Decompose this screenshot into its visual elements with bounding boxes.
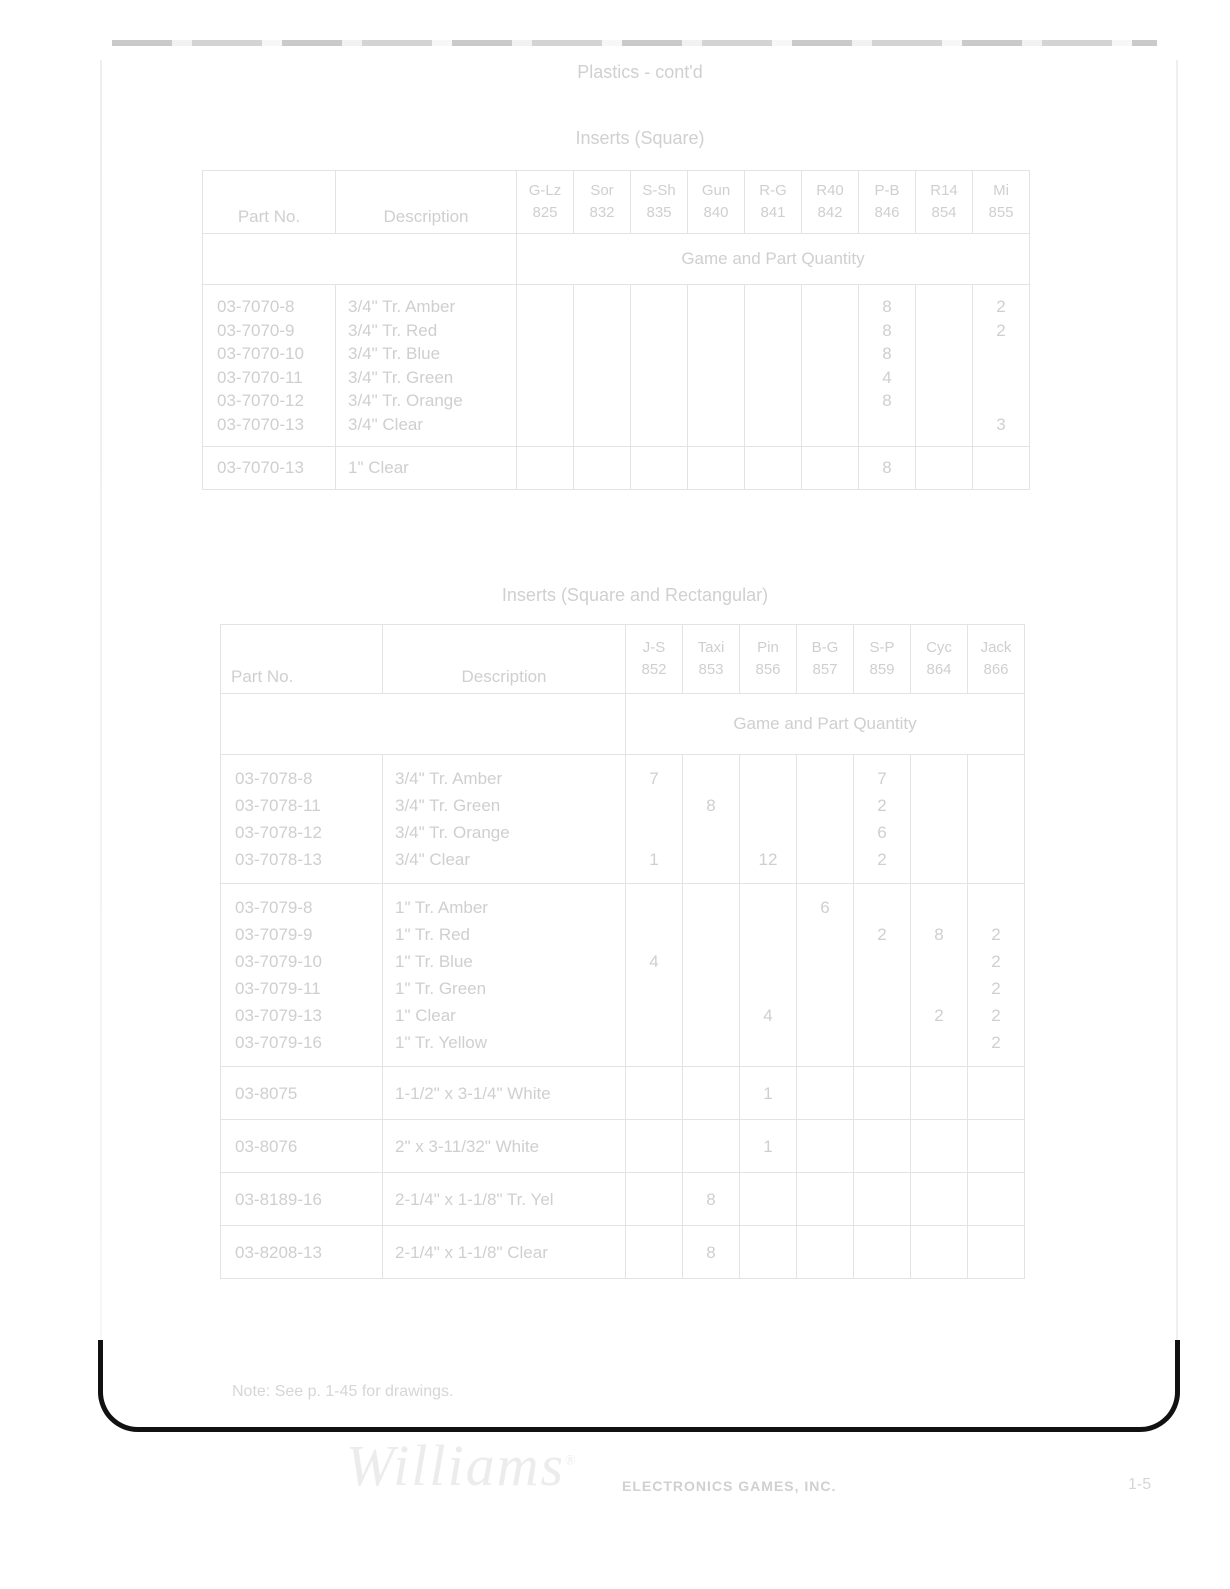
quantity-value bbox=[912, 765, 966, 792]
quantity-value bbox=[912, 846, 966, 873]
part-number-cell: 03-7079-803-7079-903-7079-1003-7079-1103… bbox=[221, 884, 383, 1067]
quantity-value bbox=[741, 1239, 795, 1266]
quantity-value bbox=[741, 894, 795, 921]
quantity-value bbox=[798, 846, 852, 873]
description-header: Description bbox=[336, 171, 517, 234]
description-cell: 1-1/2" x 3-1/4" White bbox=[383, 1067, 626, 1120]
quantity-value bbox=[798, 1080, 852, 1107]
quantity-value bbox=[912, 1133, 966, 1160]
quantity-value bbox=[684, 1080, 738, 1107]
quantity-value bbox=[974, 366, 1028, 390]
part-description: 3/4" Tr. Amber bbox=[348, 295, 515, 319]
quantity-cell bbox=[626, 1067, 683, 1120]
quantity-value bbox=[798, 1133, 852, 1160]
quantity-value: 8 bbox=[860, 295, 914, 319]
williams-logo: Williams® bbox=[346, 1432, 578, 1499]
quantity-cell: 22222 bbox=[968, 884, 1025, 1067]
quantity-cell: 8 bbox=[683, 1226, 740, 1279]
quantity-value bbox=[627, 1002, 681, 1029]
game-header: Mi855 bbox=[973, 171, 1030, 234]
game-quantity-header: Game and Part Quantity bbox=[626, 694, 1025, 755]
quantity-value bbox=[974, 456, 1028, 480]
quantity-cell bbox=[688, 285, 745, 447]
quantity-cell bbox=[797, 1067, 854, 1120]
quantity-value bbox=[917, 456, 971, 480]
quantity-cell bbox=[797, 1173, 854, 1226]
quantity-value bbox=[917, 295, 971, 319]
quantity-value bbox=[798, 819, 852, 846]
quantity-value: 7 bbox=[855, 765, 909, 792]
quantity-value bbox=[803, 295, 857, 319]
quantity-value bbox=[746, 342, 800, 366]
quantity-value bbox=[912, 819, 966, 846]
game-name: B-G bbox=[797, 637, 853, 659]
quantity-value bbox=[855, 1133, 909, 1160]
quantity-value bbox=[746, 319, 800, 343]
game-number: 852 bbox=[626, 659, 682, 681]
game-name: Mi bbox=[973, 180, 1029, 202]
description-cell: 2-1/4" x 1-1/8" Tr. Yel bbox=[383, 1173, 626, 1226]
quantity-value: 4 bbox=[627, 948, 681, 975]
quantity-value bbox=[684, 819, 738, 846]
quantity-value bbox=[855, 1029, 909, 1056]
table1-title: Inserts (Square) bbox=[0, 128, 1230, 149]
game-name: P-B bbox=[859, 180, 915, 202]
game-number: 856 bbox=[740, 659, 796, 681]
game-header: S-Sh835 bbox=[631, 171, 688, 234]
quantity-cell bbox=[968, 1173, 1025, 1226]
quantity-cell bbox=[911, 755, 968, 884]
quantity-value bbox=[855, 894, 909, 921]
quantity-value bbox=[684, 1133, 738, 1160]
part-number-cell: 03-8076 bbox=[221, 1120, 383, 1173]
quantity-value bbox=[917, 389, 971, 413]
quantity-cell: 2 bbox=[854, 884, 911, 1067]
part-number: 03-7070-8 bbox=[217, 295, 334, 319]
quantity-value: 4 bbox=[860, 366, 914, 390]
quantity-value bbox=[969, 765, 1023, 792]
quantity-cell: 8 bbox=[683, 1173, 740, 1226]
quantity-cell bbox=[968, 1120, 1025, 1173]
game-quantity-header: Game and Part Quantity bbox=[517, 234, 1030, 285]
part-number: 03-7070-13 bbox=[217, 456, 334, 480]
quantity-cell: 223 bbox=[973, 285, 1030, 447]
table-row-group: 03-7078-803-7078-1103-7078-1203-7078-133… bbox=[221, 755, 1025, 884]
blank-header-cell bbox=[203, 234, 517, 285]
quantity-value: 2 bbox=[855, 846, 909, 873]
quantity-cell: 4 bbox=[740, 884, 797, 1067]
quantity-cell bbox=[574, 285, 631, 447]
quantity-cell bbox=[626, 1226, 683, 1279]
quantity-value: 2 bbox=[969, 948, 1023, 975]
logo-text: Williams bbox=[346, 1433, 565, 1498]
page-number: 1-5 bbox=[1128, 1476, 1151, 1494]
part-number: 03-7078-11 bbox=[235, 792, 381, 819]
quantity-cell bbox=[683, 1067, 740, 1120]
quantity-value: 8 bbox=[684, 1239, 738, 1266]
quantity-value: 4 bbox=[741, 1002, 795, 1029]
table-row-group: 03-7079-803-7079-903-7079-1003-7079-1103… bbox=[221, 884, 1025, 1067]
quantity-value bbox=[575, 366, 629, 390]
part-number-cell: 03-8189-16 bbox=[221, 1173, 383, 1226]
game-number: 825 bbox=[517, 202, 573, 224]
quantity-value bbox=[627, 819, 681, 846]
game-number: 864 bbox=[911, 659, 967, 681]
quantity-value: 2 bbox=[974, 295, 1028, 319]
quantity-cell: 8 bbox=[683, 755, 740, 884]
quantity-value bbox=[741, 948, 795, 975]
quantity-value bbox=[803, 413, 857, 437]
quantity-value bbox=[684, 765, 738, 792]
quantity-value bbox=[855, 948, 909, 975]
quantity-value bbox=[689, 319, 743, 343]
quantity-cell bbox=[626, 1173, 683, 1226]
part-description: 1" Tr. Red bbox=[395, 921, 624, 948]
quantity-value bbox=[632, 295, 686, 319]
part-description: 1" Clear bbox=[348, 456, 515, 480]
game-name: Gun bbox=[688, 180, 744, 202]
quantity-value: 2 bbox=[969, 1029, 1023, 1056]
quantity-value: 6 bbox=[798, 894, 852, 921]
part-number: 03-8075 bbox=[235, 1080, 381, 1107]
part-no-header: Part No. bbox=[203, 171, 336, 234]
part-number: 03-7079-8 bbox=[235, 894, 381, 921]
game-header: Cyc864 bbox=[911, 625, 968, 694]
quantity-cell bbox=[911, 1173, 968, 1226]
game-name: Sor bbox=[574, 180, 630, 202]
quantity-value bbox=[689, 342, 743, 366]
quantity-value bbox=[803, 342, 857, 366]
part-description: 3/4" Tr. Red bbox=[348, 319, 515, 343]
quantity-value bbox=[684, 975, 738, 1002]
company-name: ELECTRONICS GAMES, INC. bbox=[622, 1478, 836, 1494]
quantity-value bbox=[632, 456, 686, 480]
game-name: R-G bbox=[745, 180, 801, 202]
game-header: B-G857 bbox=[797, 625, 854, 694]
page-right-edge bbox=[1176, 60, 1178, 1340]
quantity-value bbox=[518, 389, 572, 413]
quantity-value bbox=[632, 413, 686, 437]
quantity-value bbox=[518, 413, 572, 437]
quantity-value bbox=[798, 948, 852, 975]
quantity-cell bbox=[517, 285, 574, 447]
table2-title: Inserts (Square and Rectangular) bbox=[0, 585, 1230, 606]
part-description: 3/4" Tr. Amber bbox=[395, 765, 624, 792]
part-number-cell: 03-8208-13 bbox=[221, 1226, 383, 1279]
game-header: Jack866 bbox=[968, 625, 1025, 694]
quantity-value bbox=[684, 948, 738, 975]
quantity-value bbox=[798, 1029, 852, 1056]
quantity-value bbox=[627, 975, 681, 1002]
description-cell: 1" Tr. Amber1" Tr. Red1" Tr. Blue1" Tr. … bbox=[383, 884, 626, 1067]
quantity-value bbox=[627, 1133, 681, 1160]
game-header: Pin856 bbox=[740, 625, 797, 694]
quantity-value bbox=[798, 1239, 852, 1266]
quantity-value bbox=[684, 1029, 738, 1056]
quantity-value bbox=[741, 792, 795, 819]
quantity-value bbox=[741, 819, 795, 846]
quantity-value bbox=[912, 1080, 966, 1107]
part-number: 03-7079-13 bbox=[235, 1002, 381, 1029]
quantity-cell bbox=[745, 447, 802, 490]
part-description: 3/4" Clear bbox=[348, 413, 515, 437]
description-header: Description bbox=[383, 625, 626, 694]
quantity-value bbox=[969, 894, 1023, 921]
quantity-value bbox=[627, 921, 681, 948]
quantity-value bbox=[969, 846, 1023, 873]
part-number: 03-7070-9 bbox=[217, 319, 334, 343]
part-description: 1-1/2" x 3-1/4" White bbox=[395, 1080, 624, 1107]
quantity-value: 8 bbox=[860, 342, 914, 366]
part-number: 03-7078-12 bbox=[235, 819, 381, 846]
game-name: Pin bbox=[740, 637, 796, 659]
game-header: J-S852 bbox=[626, 625, 683, 694]
quantity-value bbox=[803, 319, 857, 343]
quantity-value: 2 bbox=[969, 1002, 1023, 1029]
game-number: 859 bbox=[854, 659, 910, 681]
description-cell: 3/4" Tr. Amber3/4" Tr. Red3/4" Tr. Blue3… bbox=[336, 285, 517, 447]
quantity-value bbox=[912, 1186, 966, 1213]
table-row-group: 03-7070-803-7070-903-7070-1003-7070-1103… bbox=[203, 285, 1030, 447]
quantity-value: 8 bbox=[684, 792, 738, 819]
quantity-cell bbox=[911, 1067, 968, 1120]
quantity-value bbox=[741, 975, 795, 1002]
quantity-value: 2 bbox=[969, 975, 1023, 1002]
quantity-cell: 8 bbox=[859, 447, 916, 490]
part-description: 2-1/4" x 1-1/8" Tr. Yel bbox=[395, 1186, 624, 1213]
quantity-value bbox=[575, 456, 629, 480]
blank-header-cell bbox=[221, 694, 626, 755]
part-description: 3/4" Tr. Orange bbox=[348, 389, 515, 413]
quantity-value: 1 bbox=[627, 846, 681, 873]
quantity-cell: 12 bbox=[740, 755, 797, 884]
table-row-group: 03-8189-162-1/4" x 1-1/8" Tr. Yel8 bbox=[221, 1173, 1025, 1226]
quantity-cell bbox=[740, 1226, 797, 1279]
quantity-cell bbox=[626, 1120, 683, 1173]
part-number: 03-7078-8 bbox=[235, 765, 381, 792]
part-number: 03-7079-10 bbox=[235, 948, 381, 975]
quantity-value bbox=[746, 295, 800, 319]
game-number: 841 bbox=[745, 202, 801, 224]
part-description: 1" Tr. Green bbox=[395, 975, 624, 1002]
quantity-value: 6 bbox=[855, 819, 909, 846]
quantity-value bbox=[746, 366, 800, 390]
part-description: 1" Tr. Blue bbox=[395, 948, 624, 975]
quantity-value bbox=[684, 921, 738, 948]
quantity-cell bbox=[854, 1226, 911, 1279]
quantity-value bbox=[627, 894, 681, 921]
quantity-value bbox=[575, 389, 629, 413]
quantity-cell: 7262 bbox=[854, 755, 911, 884]
game-header: Gun840 bbox=[688, 171, 745, 234]
game-number: 855 bbox=[973, 202, 1029, 224]
part-description: 1" Tr. Yellow bbox=[395, 1029, 624, 1056]
quantity-value bbox=[803, 389, 857, 413]
quantity-value: 8 bbox=[684, 1186, 738, 1213]
quantity-value: 2 bbox=[969, 921, 1023, 948]
quantity-cell bbox=[797, 1120, 854, 1173]
part-number: 03-7078-13 bbox=[235, 846, 381, 873]
part-description: 3/4" Tr. Green bbox=[395, 792, 624, 819]
quantity-value bbox=[632, 389, 686, 413]
quantity-value: 2 bbox=[974, 319, 1028, 343]
quantity-cell: 4 bbox=[626, 884, 683, 1067]
quantity-value: 1 bbox=[741, 1133, 795, 1160]
quantity-value bbox=[917, 366, 971, 390]
quantity-value bbox=[741, 921, 795, 948]
quantity-value bbox=[912, 792, 966, 819]
game-header: Sor832 bbox=[574, 171, 631, 234]
quantity-value bbox=[632, 319, 686, 343]
game-number: 840 bbox=[688, 202, 744, 224]
quantity-value bbox=[912, 894, 966, 921]
quantity-cell bbox=[968, 1226, 1025, 1279]
part-number-cell: 03-7070-803-7070-903-7070-1003-7070-1103… bbox=[203, 285, 336, 447]
part-description: 3/4" Clear bbox=[395, 846, 624, 873]
quantity-value bbox=[518, 366, 572, 390]
game-number: 832 bbox=[574, 202, 630, 224]
quantity-value: 1 bbox=[741, 1080, 795, 1107]
inserts-square-table: Part No. Description G-Lz825Sor832S-Sh83… bbox=[202, 170, 1030, 490]
quantity-cell: 6 bbox=[797, 884, 854, 1067]
quantity-cell bbox=[802, 447, 859, 490]
quantity-value bbox=[741, 1186, 795, 1213]
quantity-value bbox=[912, 1029, 966, 1056]
quantity-cell bbox=[916, 447, 973, 490]
quantity-cell bbox=[968, 755, 1025, 884]
quantity-value bbox=[627, 1080, 681, 1107]
part-number-cell: 03-7078-803-7078-1103-7078-1203-7078-13 bbox=[221, 755, 383, 884]
quantity-value: 2 bbox=[855, 921, 909, 948]
quantity-value bbox=[974, 342, 1028, 366]
table-row-group: 03-7070-131" Clear8 bbox=[203, 447, 1030, 490]
table-row-group: 03-80751-1/2" x 3-1/4" White1 bbox=[221, 1067, 1025, 1120]
game-name: S-Sh bbox=[631, 180, 687, 202]
quantity-cell bbox=[911, 1226, 968, 1279]
quantity-value bbox=[684, 846, 738, 873]
quantity-cell bbox=[973, 447, 1030, 490]
quantity-cell bbox=[740, 1173, 797, 1226]
inserts-square-rectangular-table: Part No. Description J-S852Taxi853Pin856… bbox=[220, 624, 1025, 1279]
quantity-value bbox=[917, 342, 971, 366]
quantity-value bbox=[746, 413, 800, 437]
game-number: 842 bbox=[802, 202, 858, 224]
registered-mark: ® bbox=[565, 1454, 578, 1469]
quantity-value bbox=[855, 1239, 909, 1266]
quantity-value bbox=[855, 975, 909, 1002]
game-name: J-S bbox=[626, 637, 682, 659]
quantity-cell bbox=[968, 1067, 1025, 1120]
quantity-value bbox=[746, 456, 800, 480]
game-name: R40 bbox=[802, 180, 858, 202]
quantity-value bbox=[969, 1133, 1023, 1160]
part-number: 03-7070-13 bbox=[217, 413, 334, 437]
part-number: 03-7079-9 bbox=[235, 921, 381, 948]
quantity-cell: 1 bbox=[740, 1067, 797, 1120]
quantity-cell bbox=[797, 755, 854, 884]
game-number: 866 bbox=[968, 659, 1024, 681]
quantity-cell bbox=[688, 447, 745, 490]
part-number: 03-7070-10 bbox=[217, 342, 334, 366]
quantity-value bbox=[855, 1002, 909, 1029]
quantity-cell: 82 bbox=[911, 884, 968, 1067]
game-name: Jack bbox=[968, 637, 1024, 659]
quantity-value: 8 bbox=[860, 389, 914, 413]
quantity-cell bbox=[745, 285, 802, 447]
description-cell: 2" x 3-11/32" White bbox=[383, 1120, 626, 1173]
quantity-cell: 88848 bbox=[859, 285, 916, 447]
quantity-value bbox=[798, 921, 852, 948]
quantity-value: 2 bbox=[912, 1002, 966, 1029]
quantity-value bbox=[912, 948, 966, 975]
game-header: R14854 bbox=[916, 171, 973, 234]
quantity-value bbox=[969, 792, 1023, 819]
quantity-cell bbox=[854, 1173, 911, 1226]
part-number: 03-7070-12 bbox=[217, 389, 334, 413]
quantity-value: 2 bbox=[855, 792, 909, 819]
quantity-value bbox=[684, 894, 738, 921]
quantity-cell bbox=[574, 447, 631, 490]
quantity-value bbox=[575, 342, 629, 366]
quantity-value bbox=[518, 456, 572, 480]
game-name: R14 bbox=[916, 180, 972, 202]
quantity-value bbox=[969, 1080, 1023, 1107]
part-number: 03-7070-11 bbox=[217, 366, 334, 390]
quantity-cell bbox=[911, 1120, 968, 1173]
game-header: G-Lz825 bbox=[517, 171, 574, 234]
quantity-value bbox=[798, 765, 852, 792]
quantity-cell bbox=[797, 1226, 854, 1279]
quantity-cell bbox=[854, 1120, 911, 1173]
quantity-value bbox=[689, 295, 743, 319]
quantity-value bbox=[969, 1239, 1023, 1266]
quantity-value bbox=[632, 366, 686, 390]
part-no-header: Part No. bbox=[221, 625, 383, 694]
quantity-value bbox=[798, 975, 852, 1002]
game-number: 853 bbox=[683, 659, 739, 681]
part-number: 03-8189-16 bbox=[235, 1186, 381, 1213]
game-name: S-P bbox=[854, 637, 910, 659]
quantity-value: 7 bbox=[627, 765, 681, 792]
quantity-value bbox=[917, 413, 971, 437]
quantity-cell bbox=[517, 447, 574, 490]
quantity-value bbox=[798, 792, 852, 819]
game-header: Taxi853 bbox=[683, 625, 740, 694]
game-number: 854 bbox=[916, 202, 972, 224]
quantity-value bbox=[917, 319, 971, 343]
quantity-value bbox=[575, 295, 629, 319]
quantity-value: 8 bbox=[860, 319, 914, 343]
drawings-note: Note: See p. 1-45 for drawings. bbox=[232, 1383, 453, 1401]
quantity-value: 3 bbox=[974, 413, 1028, 437]
quantity-value bbox=[912, 975, 966, 1002]
game-name: Cyc bbox=[911, 637, 967, 659]
quantity-value: 8 bbox=[912, 921, 966, 948]
part-description: 3/4" Tr. Green bbox=[348, 366, 515, 390]
game-name: G-Lz bbox=[517, 180, 573, 202]
part-number: 03-7079-16 bbox=[235, 1029, 381, 1056]
part-number-cell: 03-8075 bbox=[221, 1067, 383, 1120]
quantity-value bbox=[912, 1239, 966, 1266]
quantity-cell bbox=[916, 285, 973, 447]
part-description: 3/4" Tr. Blue bbox=[348, 342, 515, 366]
quantity-value bbox=[803, 456, 857, 480]
part-number: 03-8208-13 bbox=[235, 1239, 381, 1266]
quantity-value bbox=[798, 1186, 852, 1213]
quantity-value bbox=[741, 1029, 795, 1056]
quantity-value bbox=[518, 295, 572, 319]
quantity-value: 12 bbox=[741, 846, 795, 873]
